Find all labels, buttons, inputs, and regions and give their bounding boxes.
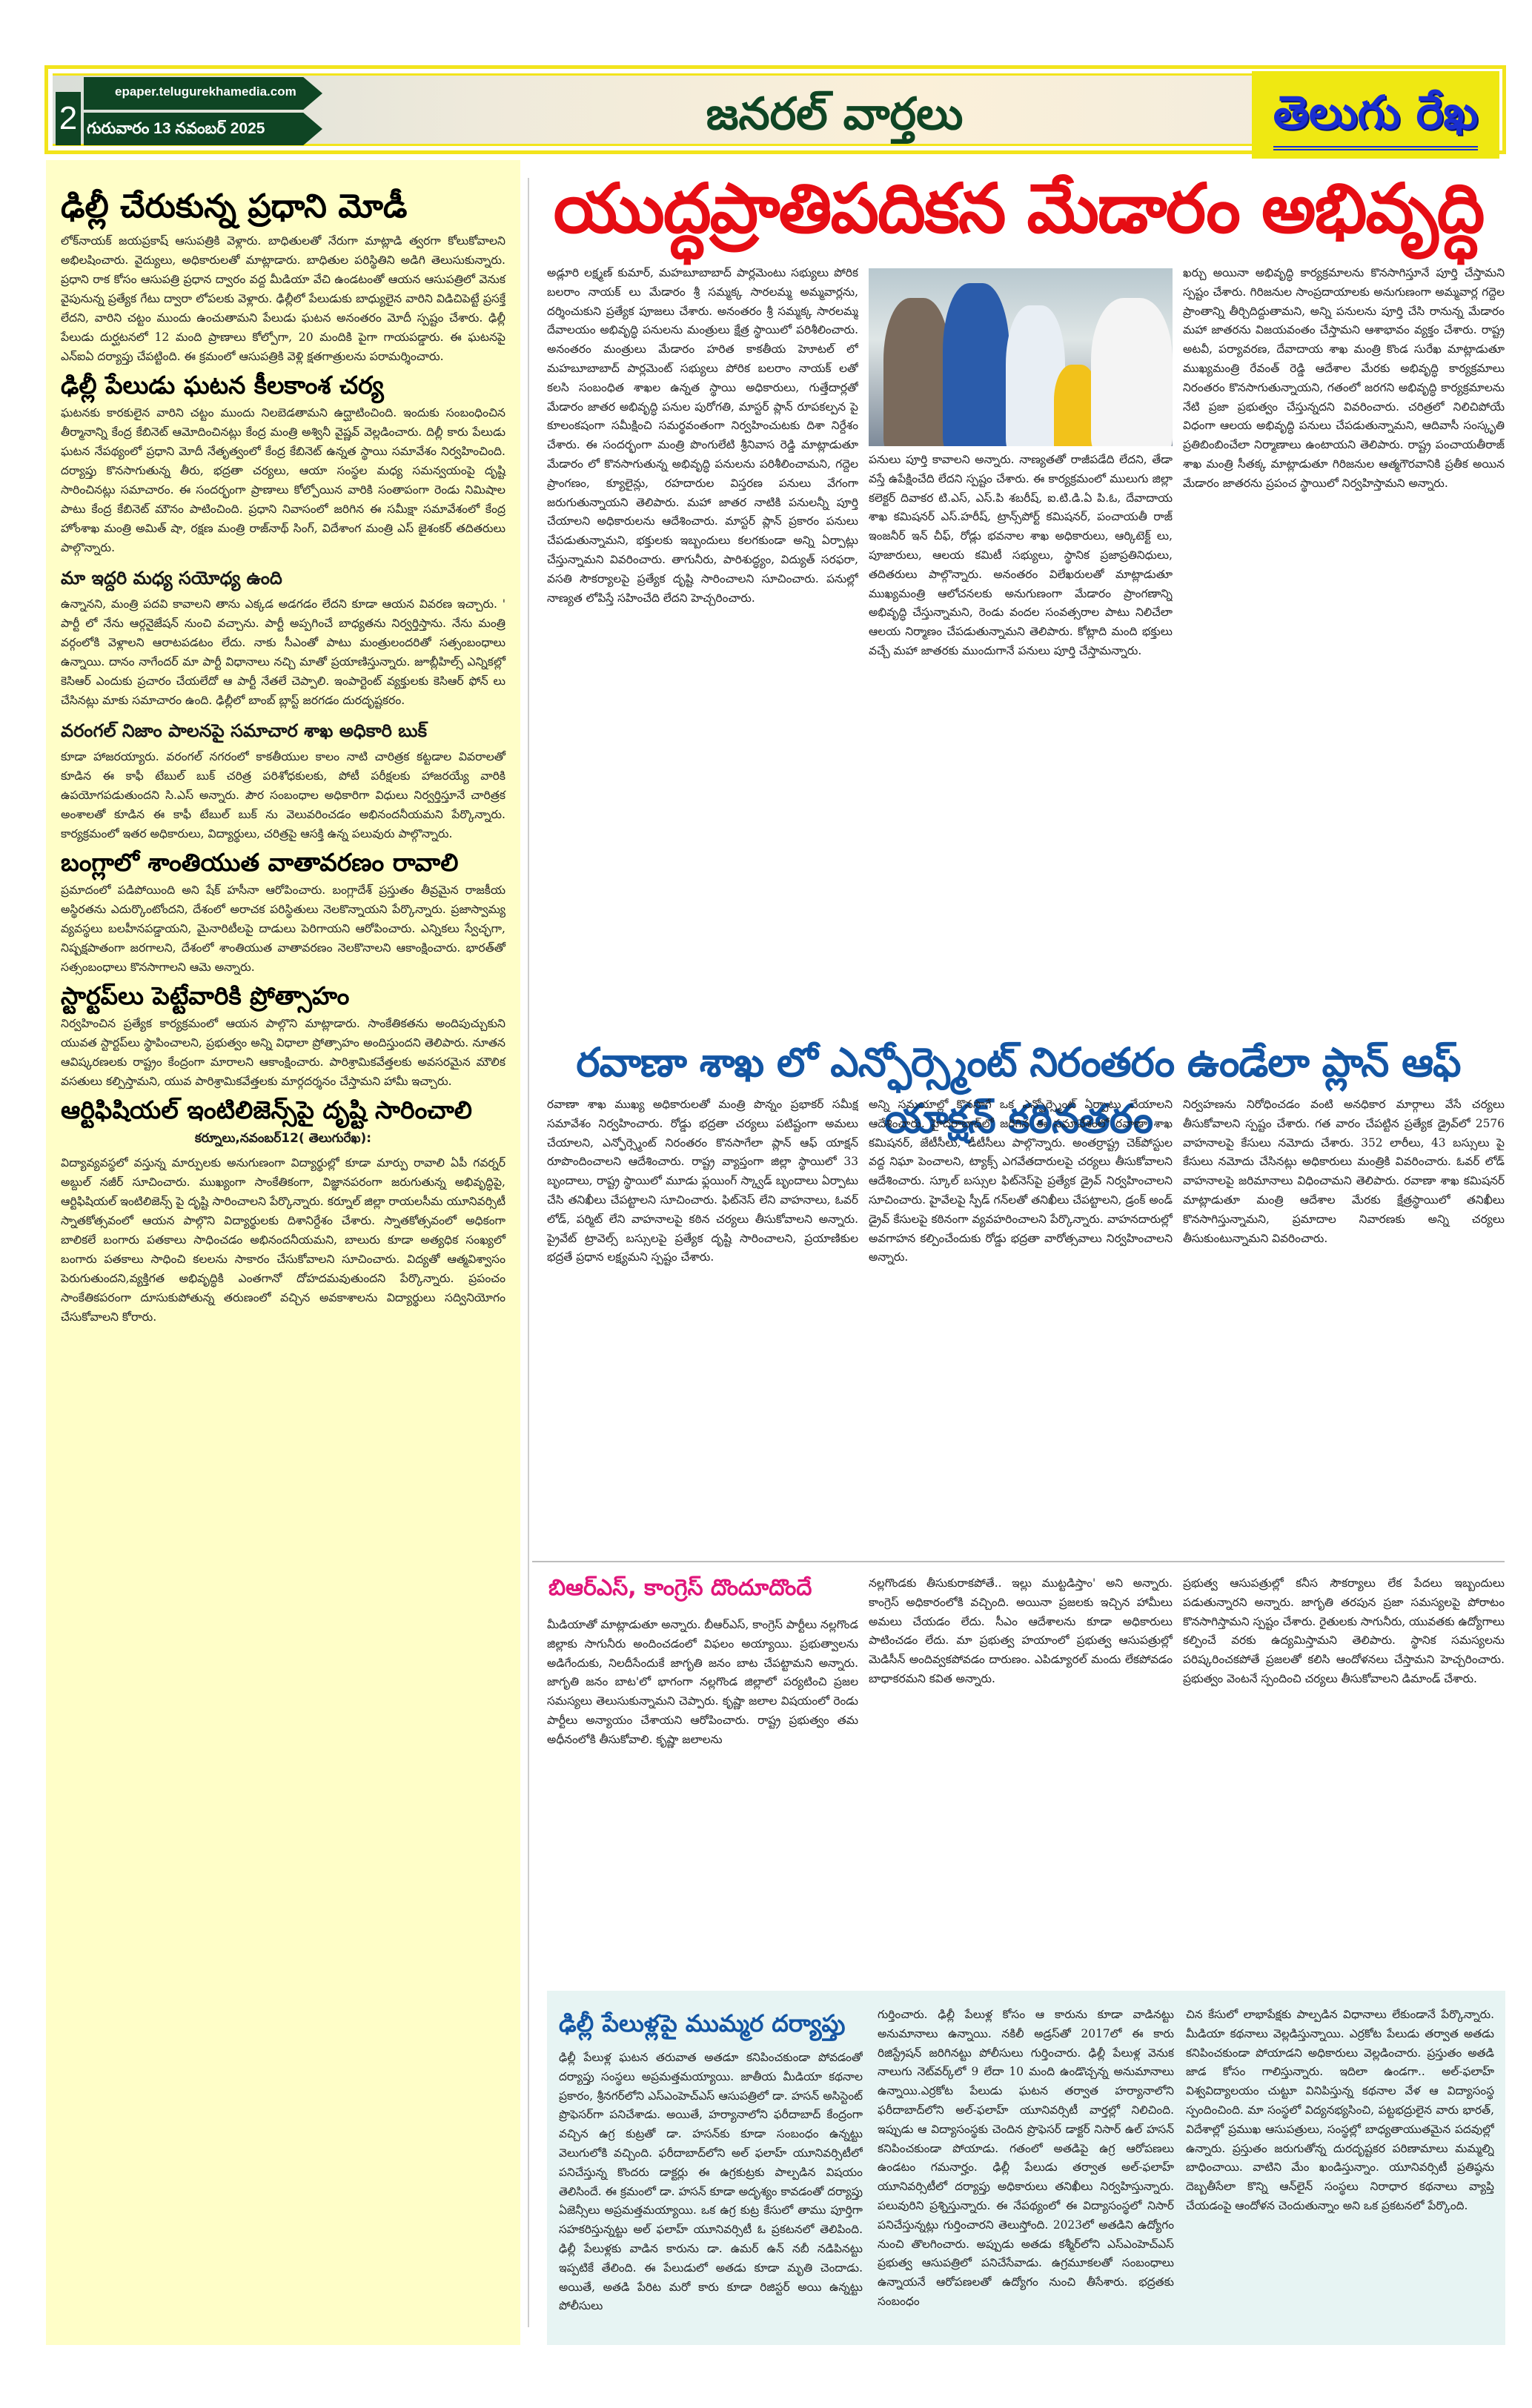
masthead-band: 2 epaper.telugurekhamedia.com గురువారం 1… <box>53 73 1498 146</box>
photo-person <box>1091 298 1173 446</box>
article-body: నిర్వహించిన ప్రత్యేక కార్యక్రమంలో ఆయన పా… <box>61 1014 505 1091</box>
sidebar-article-unity: మా ఇద్దరి మధ్య సయోధ్య ఉంది ఉన్నానని, మంత… <box>61 565 505 710</box>
brs-headline: బిఆర్ఎస్, కాంగ్రెస్ దొందూదొందే <box>548 1570 860 1607</box>
brs-column-2: నల్లగొండకు తీసుకురాకపోతే.. ఇల్లు ముట్టడి… <box>869 1574 1173 1979</box>
website-link[interactable]: epaper.telugurekhamedia.com <box>84 77 322 110</box>
article-headline: ఆర్టిఫిషియల్ ఇంటిలిజెన్స్‌పై దృష్టి సారి… <box>61 1094 505 1127</box>
newspaper-logo: తెలుగు రేఖ <box>1252 71 1499 159</box>
brs-column-3: ప్రభుత్వ ఆసుపత్రుల్లో కనీస సౌకర్యాలు లేక… <box>1183 1574 1505 1979</box>
article-body: ఉన్నానని, మంత్రి పదవి కావాలని తాను ఎక్కడ… <box>61 594 505 710</box>
article-body: ప్రమాదంలో పడిపోయింది అని షేక్ హసీనా ఆరోప… <box>61 880 505 977</box>
lead-column-1: అడ్లూరి లక్ష్మణ్ కుమార్, మహబూబాబాద్ పార్… <box>547 264 858 1027</box>
edition-date: గురువారం 13 నవంబర్ 2025 <box>84 113 322 145</box>
column-divider <box>528 178 529 2327</box>
delhi-column-2: గుర్తించారు. ఢిల్లీ పేలుళ్ల కోసం ఆ కారున… <box>878 2006 1174 2338</box>
photo-person <box>943 283 1009 446</box>
article-body: లోక్‌నాయక్ జయప్రకాష్ ఆసుపత్రికి వెళ్లారు… <box>61 231 505 366</box>
left-sidebar: ఢిల్లీ చేరుకున్న ప్రధాని మోడీ లోక్‌నాయక్… <box>46 160 520 2345</box>
brs-column-1: మీడియాతో మాట్లాడుతూ అన్నారు. బీఆర్ఎస్, క… <box>547 1616 858 1979</box>
delhi-column-3: చిన కేసులో లాభాపేక్షకు పాల్పడిన విధానాలు… <box>1186 2006 1494 2338</box>
article-headline: ఢిల్లీ చేరుకున్న ప్రధాని మోడీ <box>61 184 505 230</box>
article-headline: ఢిల్లీ పేలుడు ఘటన కీలకాంశ చర్య <box>61 369 505 402</box>
section-title: జనరల్ వార్తలు <box>438 79 1231 150</box>
article-body: విద్యావ్యవస్థలో వస్తున్న మార్పులకు అనుగు… <box>61 1153 505 1327</box>
article-body: ఘటనకు కారకులైన వారిని చట్టం ముందు నిలబెడ… <box>61 403 505 557</box>
page-number: 2 <box>56 92 81 145</box>
sidebar-article-cabinet: ఢిల్లీ పేలుడు ఘటన కీలకాంశ చర్య ఘటనకు కార… <box>61 369 505 557</box>
lead-photo <box>869 268 1173 446</box>
photo-person <box>883 298 950 446</box>
article-headline: స్టార్టప్‌లు పెట్టేవారికి ప్రోత్సాహం <box>61 980 505 1012</box>
sidebar-article-startups: స్టార్టప్‌లు పెట్టేవారికి ప్రోత్సాహం నిర… <box>61 980 505 1091</box>
transport-column-1: రవాణా శాఖ ముఖ్య అధికారులతో మంత్రి పొన్నం… <box>547 1095 858 1555</box>
sidebar-article-modi: ఢిల్లీ చేరుకున్న ప్రధాని మోడీ లోక్‌నాయక్… <box>61 184 505 366</box>
transport-headline: రవాణా శాఖ లో ఎన్ఫోర్స్మెంట్ నిరంతరం ఉండే… <box>532 1035 1505 1091</box>
sidebar-article-ai: ఆర్టిఫిషియల్ ఇంటిలిజెన్స్‌పై దృష్టి సారి… <box>61 1094 505 1327</box>
lead-column-2: పనులు పూర్తి కావాలని అన్నారు. నాణ్యతతో ర… <box>869 451 1173 1027</box>
delhi-headline: ఢిల్లీ పేలుళ్లపై ముమ్మర దర్యాప్తు <box>559 2006 885 2041</box>
masthead: 2 epaper.telugurekhamedia.com గురువారం 1… <box>44 65 1506 154</box>
transport-column-2: అన్ని సమయాల్లో కొనసాగే ఒక ఎన్ఫోర్స్మెంట్… <box>869 1095 1173 1555</box>
sidebar-article-warangal-book: వరంగల్ నిజాం పాలనపై సమాచార శాఖ అధికారి బ… <box>61 717 505 843</box>
article-headline: బంగ్లాలో శాంతియుత వాతావరణం రావాలి <box>61 846 505 879</box>
lead-headline: యుద్ధప్రాతిపదికన మేడారం అభివృద్ధి పనులు <box>532 165 1505 253</box>
delhi-column-1: ఢిల్లీ పేలుళ్ల ఘటన తరువాత అతడూ కనిపించకు… <box>559 2049 863 2338</box>
transport-column-3: నిర్వహణను నిరోధించడం వంటి అనధికార మార్గా… <box>1183 1095 1505 1555</box>
section-divider <box>532 1561 1505 1562</box>
sidebar-article-bangladesh: బంగ్లాలో శాంతియుత వాతావరణం రావాలి ప్రమాద… <box>61 846 505 977</box>
dateline: కర్నూలు,నవంబర్12( తెలుగురేఖ): <box>61 1131 505 1149</box>
article-headline: వరంగల్ నిజాం పాలనపై సమాచార శాఖ అధికారి బ… <box>61 717 505 744</box>
lead-column-3: ఖర్చు అయినా అభివృద్ధి కార్యక్రమాలను కొనస… <box>1183 264 1505 1027</box>
article-headline: మా ఇద్దరి మధ్య సయోధ్య ఉంది <box>61 565 505 591</box>
article-body: కూడా హాజరయ్యారు. వరంగల్ నగరంలో కాకతీయుల … <box>61 747 505 843</box>
logo-text: తెలుగు రేఖ <box>1273 79 1478 150</box>
